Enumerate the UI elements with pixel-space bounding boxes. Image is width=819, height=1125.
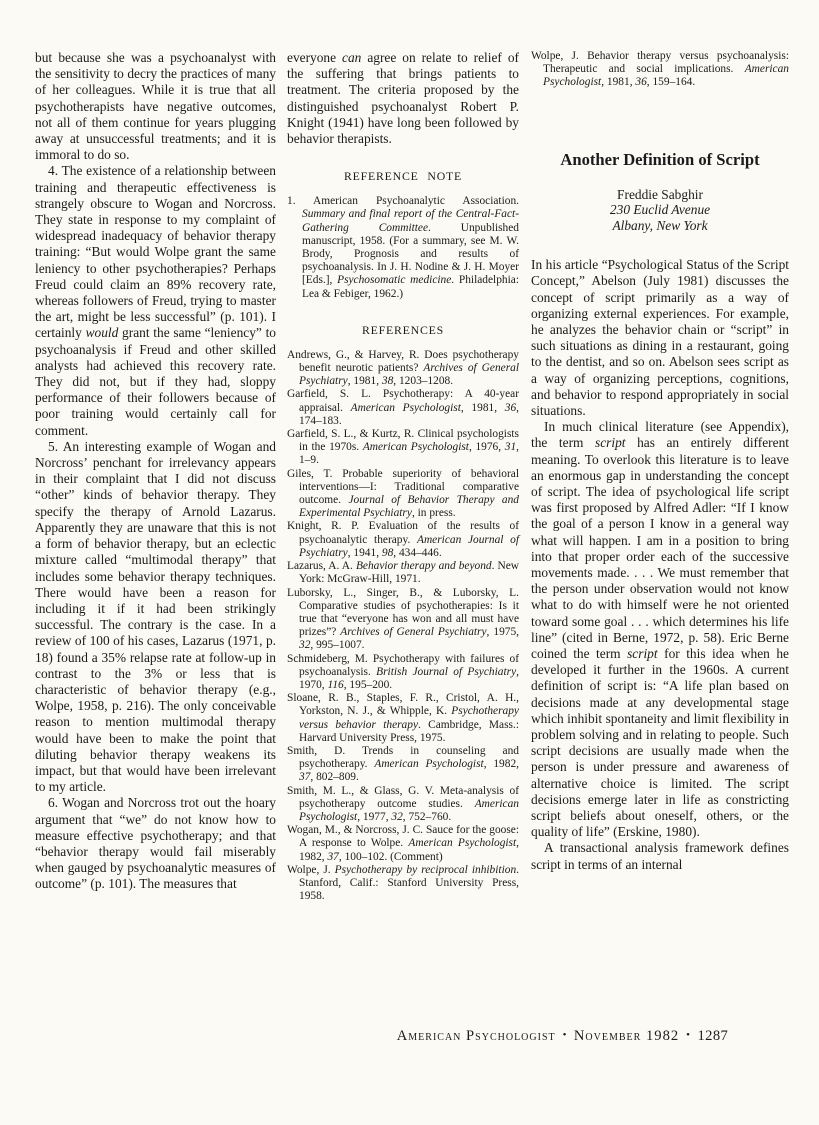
reference-item: Smith, D. Trends in counseling and psych… (287, 745, 519, 785)
reference-item: Knight, R. P. Evaluation of the results … (287, 520, 519, 560)
reference-item: Wogan, M., & Norcross, J. C. Sauce for t… (287, 824, 519, 864)
footer-separator: • (556, 1029, 574, 1041)
paragraph: In much clinical literature (see Appendi… (531, 419, 789, 840)
paragraph: 6. Wogan and Norcross trot out the hoary… (35, 795, 276, 892)
paragraph: but because she was a psychoanalyst with… (35, 50, 276, 163)
references-heading: REFERENCES (287, 323, 519, 338)
reference-item: Smith, M. L., & Glass, G. V. Meta-analys… (287, 785, 519, 825)
reference-note-heading: REFERENCE NOTE (287, 169, 519, 184)
paragraph: In his article “Psychological Status of … (531, 257, 789, 419)
author-name: Freddie Sabghir (531, 187, 789, 203)
reference-item: Wolpe, J. Behavior therapy versus psycho… (531, 50, 789, 90)
article-title: Another Definition of Script (531, 150, 789, 170)
paragraph: everyone can agree on relate to relief o… (287, 50, 519, 147)
journal-page: but because she was a psychoanalyst with… (0, 0, 819, 1125)
reference-item: Giles, T. Probable superiority of behavi… (287, 468, 519, 521)
right-column: Wolpe, J. Behavior therapy versus psycho… (531, 50, 789, 873)
paragraph: 5. An interesting example of Wogan and N… (35, 439, 276, 795)
journal-name: American Psychologist (397, 1028, 556, 1044)
paragraph: 4. The existence of a relationship betwe… (35, 163, 276, 438)
reference-item: Sloane, R. B., Staples, F. R., Cristol, … (287, 692, 519, 745)
author-address-line: 230 Euclid Avenue (531, 202, 789, 218)
reference-item: Garfield, S. L. Psychotherapy: A 40-year… (287, 388, 519, 428)
reference-item: Schmideberg, M. Psychotherapy with failu… (287, 653, 519, 693)
reference-item: Luborsky, L., Singer, B., & Luborsky, L.… (287, 587, 519, 653)
reference-item: Wolpe, J. Psychotherapy by reciprocal in… (287, 864, 519, 904)
reference-item: Lazarus, A. A. Behavior therapy and beyo… (287, 560, 519, 586)
issue-date: November 1982 (574, 1028, 679, 1044)
author-address-line: Albany, New York (531, 218, 789, 234)
left-column: but because she was a psychoanalyst with… (35, 50, 276, 893)
reference-item: Andrews, G., & Harvey, R. Does psychothe… (287, 349, 519, 389)
page-number: 1287 (697, 1028, 728, 1044)
author-block: Freddie Sabghir 230 Euclid Avenue Albany… (531, 187, 789, 234)
middle-column: everyone can agree on relate to relief o… (287, 50, 519, 903)
reference-note-item: 1. American Psychoanalytic Association. … (287, 195, 519, 301)
reference-item: Garfield, S. L., & Kurtz, R. Clinical ps… (287, 428, 519, 468)
footer-separator: • (679, 1029, 697, 1041)
page-footer: American Psychologist•November 1982•1287 (340, 1028, 785, 1045)
paragraph: A transactional analysis framework defin… (531, 840, 789, 872)
